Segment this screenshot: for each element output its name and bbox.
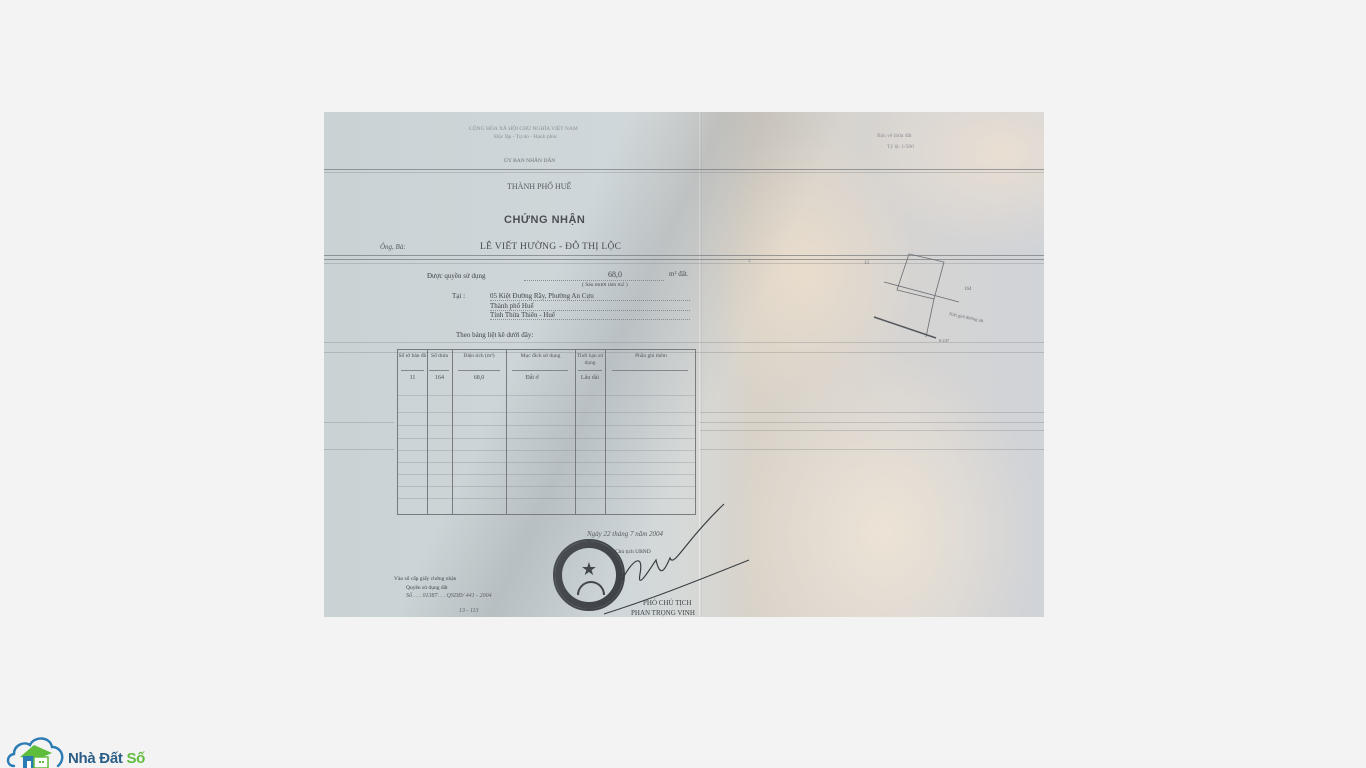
location-label: Tại : <box>452 292 465 300</box>
brand-name: Nhà Đất Số <box>68 750 145 767</box>
header-map-sheet: Số tờ bản đồ <box>398 353 427 360</box>
cell-area: 68,0 <box>452 375 506 381</box>
rule-line <box>700 422 1044 423</box>
header-duration: Thời hạn sử dụng <box>575 353 605 367</box>
rule-line <box>324 169 1044 170</box>
header-notes: Phần ghi thêm <box>605 353 697 360</box>
registry-line1: Vào sổ cấp giấy chứng nhận <box>394 576 456 582</box>
right-label: Được quyền sử dụng <box>427 272 486 280</box>
owner-names: LÊ VIẾT HƯỜNG - ĐỖ THỊ LỘC <box>480 242 621 252</box>
certificate-photo: CỘNG HÒA XÃ HỘI CHỦ NGHĨA VIỆT NAM Độc l… <box>324 112 1044 617</box>
address-line3: Tỉnh Thừa Thiên - Huế <box>490 311 690 320</box>
cloud-house-icon <box>6 733 66 768</box>
certificate-title: CHỨNG NHẬN <box>504 214 585 226</box>
table-intro: Theo bảng liệt kê dưới đây: <box>456 331 533 339</box>
owner-prefix: Ông, Bà: <box>380 243 406 251</box>
rule-line <box>700 412 1044 413</box>
brand-logo: Nhà Đất Số <box>6 733 145 768</box>
rule-line <box>324 449 394 450</box>
signer-title: PHÓ CHỦ TỊCH <box>643 599 692 607</box>
address-line2: Thành phố Huế <box>490 302 690 311</box>
area-dots <box>524 272 664 281</box>
parcel-number-label: 164 <box>964 287 972 292</box>
issuer-line1: ỦY BAN NHÂN DÂN <box>504 158 555 164</box>
issuer-line2: THÀNH PHỐ HUẾ <box>507 182 571 191</box>
area-in-words: ( Sáu mươi tám m2 ) <box>582 282 628 288</box>
brand-name-part2: Số <box>126 750 145 767</box>
cell-parcel-no: 164 <box>427 375 452 381</box>
road-label: Kiệt giới đường sắt <box>949 311 985 323</box>
right-header-label: Bản vẽ thửa đất <box>877 133 912 139</box>
right-header-scale: Tỷ lệ: 1/500 <box>887 144 914 150</box>
signer-name: PHAN TRỌNG VINH <box>631 609 695 617</box>
header-purpose: Mục đích sử dụng <box>506 353 575 360</box>
area-value: 68,0 <box>608 270 622 279</box>
cell-purpose: Đất ở <box>506 375 558 381</box>
national-header: CỘNG HÒA XÃ HỘI CHỦ NGHĨA VIỆT NAM <box>469 126 578 132</box>
registry-line2: Quyền sử dụng đất <box>406 585 448 591</box>
gear-emblem-icon <box>577 581 605 595</box>
edge-label: 0.247 <box>939 338 950 343</box>
plot-sketch: 13 164 Kiệt giới đường sắt 0.247 <box>864 242 1044 352</box>
rule-line <box>324 422 394 423</box>
national-motto: Độc lập - Tự do - Hạnh phúc <box>494 134 558 140</box>
cell-map-sheet: 11 <box>398 375 427 381</box>
cell-duration: Lâu dài <box>575 375 605 381</box>
land-table: Số tờ bản đồ Số thửa Diện tích (m²) Mục … <box>397 349 696 515</box>
header-parcel-no: Số thửa <box>427 353 452 360</box>
brand-name-part1: Nhà Đất <box>68 750 123 767</box>
rule-line <box>700 449 1044 450</box>
registry-line4: 13 - 113 <box>459 608 479 614</box>
neighbor-top-label: 2 <box>748 258 751 264</box>
registry-line3: Số . . . 01387. . . QSDĐ/ 441 - 2004 <box>406 593 492 599</box>
neighbor-left-label: 13 <box>864 261 870 266</box>
address-line1: 05 Kiệt Đường Rầy, Phường An Cựu <box>490 292 690 301</box>
header-area: Diện tích (m²) <box>452 353 506 360</box>
rule-line <box>324 172 1044 173</box>
rule-line <box>700 430 1044 431</box>
area-unit: m² đất. <box>669 270 689 278</box>
